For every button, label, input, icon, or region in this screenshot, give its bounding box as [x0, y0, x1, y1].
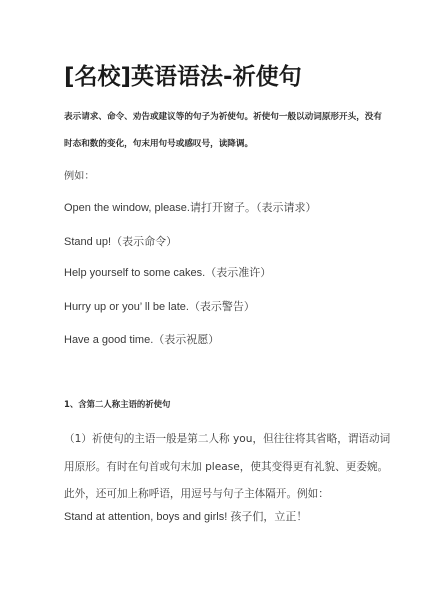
paragraph-line-1: （1）祈使句的主语一般是第二人称 you，但往往将其省略，谓语动词 — [64, 431, 390, 446]
example-sentence-2: Stand up!（表示命令） — [64, 233, 177, 249]
example-sentence-1: Open the window, please.请打开窗子。（表示请求） — [64, 199, 316, 215]
example-note: （表示警告） — [189, 301, 255, 313]
paragraph-line-2: 用原形。有时在句首或句末加 please，使其变得更有礼貌、更委婉。 — [64, 459, 388, 474]
example-english: Stand at attention, boys and girls! — [64, 511, 227, 523]
intro-line-2: 时态和数的变化，句末用句号或感叹号，读降调。 — [64, 137, 253, 149]
example-english: Have a good time. — [64, 334, 153, 346]
document-page: [名校]英语语法-祈使句 表示请求、命令、劝告或建议等的句子为祈使句。祈使句一般… — [0, 0, 424, 600]
example-english: Stand up! — [64, 236, 111, 248]
paragraph-line-3: 此外，还可加上称呼语，用逗号与句子主体隔开。例如： — [64, 486, 329, 501]
example-note: （表示祝愿） — [153, 334, 219, 346]
example-note: （表示准许） — [205, 267, 271, 279]
example-chinese: 孩子们，立正！ — [227, 511, 307, 523]
example-chinese: 请打开窗子。 — [190, 202, 256, 214]
document-title: [名校]英语语法-祈使句 — [64, 58, 302, 91]
example-note: （表示请求） — [256, 202, 317, 214]
example-sentence-4: Hurry up or you’ ll be late.（表示警告） — [64, 298, 255, 314]
intro-line-1: 表示请求、命令、劝告或建议等的句子为祈使句。祈使句一般以动词原形开头，没有 — [64, 110, 382, 122]
section-example-sentence: Stand at attention, boys and girls! 孩子们，… — [64, 508, 307, 524]
example-note: （表示命令） — [111, 236, 177, 248]
example-sentence-3: Help yourself to some cakes.（表示准许） — [64, 264, 271, 280]
example-english: Hurry up or you’ ll be late. — [64, 301, 189, 313]
section-heading: 1、含第二人称主语的祈使句 — [64, 398, 170, 410]
example-english: Open the window, please. — [64, 202, 190, 214]
examples-label: 例如： — [64, 167, 95, 182]
example-sentence-5: Have a good time.（表示祝愿） — [64, 331, 219, 347]
example-english: Help yourself to some cakes. — [64, 267, 205, 279]
